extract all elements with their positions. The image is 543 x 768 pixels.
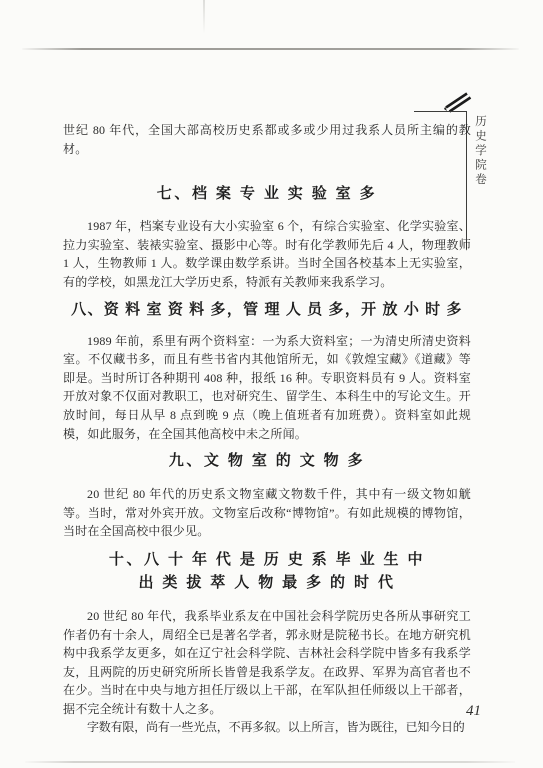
section-8-paragraph: 1989 年前，系里有两个资料室：一为系大资料室；一为清史所清史资料室。不仅藏书… [63, 332, 471, 444]
section-10-paragraph: 20 世纪 80 年代，我系毕业系友在中国社会科学院历史各所从事研究工作者仍有十… [63, 607, 471, 719]
section-heading-7: 七、档 案 专 业 实 验 室 多 [63, 184, 471, 205]
page-bottom-edge-line [25, 761, 515, 763]
section-7-paragraph: 1987 年，档案专业设有大小实验室 6 个，有综合实验室、化学实验室、拉力实验… [63, 217, 471, 291]
section-heading-10-line1: 十、八 十 年 代 是 历 史 系 毕 业 生 中 [63, 549, 471, 572]
closing-paragraph: 字数有限，尚有一些光点，不再多叙。以上所言，皆为既往，已知今日的 [63, 718, 471, 737]
margin-rule-horizontal [414, 111, 467, 112]
book-page-scan: 历史学院卷 世纪 80 年代，全国大部高校历史系都或多或少用过我系人员所主编的教… [0, 0, 543, 768]
section-heading-10: 十、八 十 年 代 是 历 史 系 毕 业 生 中 出 类 拔 萃 人 物 最 … [63, 549, 471, 595]
paragraph-continuation: 世纪 80 年代，全国大部高校历史系都或多或少用过我系人员所主编的教材。 [63, 121, 471, 158]
section-9-paragraph: 20 世纪 80 年代的历史系文物室藏文物数千件，其中有一级文物如觥等。当时，常… [63, 485, 471, 541]
page-top-edge-line [22, 48, 519, 50]
section-heading-8: 八、资 料 室 资 料 多，管 理 人 员 多，开 放 小 时 多 [63, 300, 471, 321]
scan-artifact-streak [203, 0, 205, 34]
pencil-icon [440, 88, 472, 119]
page-number: 41 [466, 703, 481, 720]
section-heading-10-line2: 出 类 拔 萃 人 物 最 多 的 时 代 [63, 572, 471, 595]
section-heading-9: 九、文 物 室 的 文 物 多 [63, 451, 471, 472]
text-block: 世纪 80 年代，全国大部高校历史系都或多或少用过我系人员所主编的教材。 七、档… [63, 121, 471, 737]
side-caption-volume-title: 历史学院卷 [472, 115, 488, 188]
